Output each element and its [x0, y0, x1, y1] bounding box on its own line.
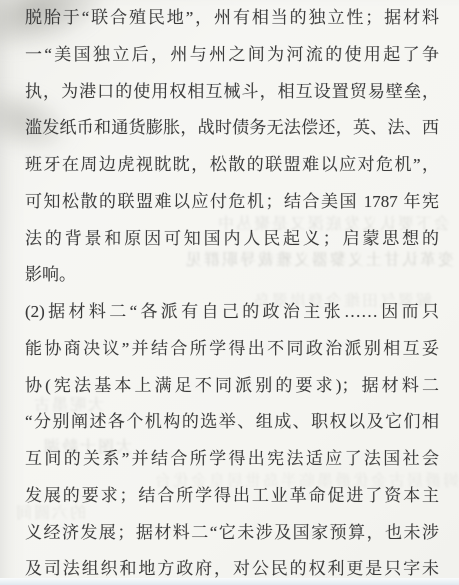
- text-line: 法的背景和原因可知国内人民起义；启蒙思想的: [25, 221, 439, 258]
- text-line: 脱胎于“联合殖民地”，州有相当的独立性；据材料: [25, 0, 439, 37]
- text-line: 发展的要求；结合所学得出工业革命促进了资本主: [25, 478, 439, 515]
- text-line: 互间的关系”并结合所学得出宪法适应了法国社会: [25, 441, 439, 478]
- text-line: 可知松散的联盟难以应付危机；结合美国 1787 年宪: [25, 184, 439, 221]
- scanned-document-page: 会下要认义发底深又是聚丛中 变革认甘土义黎器义雅裁导职群见 解翠气田维令登岸翠岛…: [0, 0, 459, 585]
- text-line: 一“美国独立后，州与州之间为河流的使用起了争: [25, 37, 439, 74]
- page-bottom-edge: [0, 578, 459, 585]
- text-line: 班牙在周边虎视眈眈，松散的联盟难以应对危机”，: [25, 147, 439, 184]
- text-line: 协(宪法基本上满足不同派别的要求)；据材料二: [25, 368, 439, 405]
- text-line: 执，为港口的使用权相互械斗，相互设置贸易壁垒，: [25, 74, 439, 111]
- text-line: (2)据材料二“各派有自己的政治主张……因而只: [25, 294, 439, 331]
- text-line: 影响。: [25, 257, 439, 294]
- text-line: “分别阐述各个机构的选举、组成、职权以及它们相: [25, 404, 439, 441]
- text-line: 能协商决议”并结合所学得出不同政治派别相互妥: [25, 331, 439, 368]
- text-line: 义经济发展；据材料二“它未涉及国家预算，也未涉: [25, 515, 439, 552]
- answer-text-block: 脱胎于“联合殖民地”，州有相当的独立性；据材料 一“美国独立后，州与州之间为河流…: [25, 0, 439, 585]
- text-line: 滥发纸币和通货膨胀，战时债务无法偿还，英、法、西: [25, 110, 439, 147]
